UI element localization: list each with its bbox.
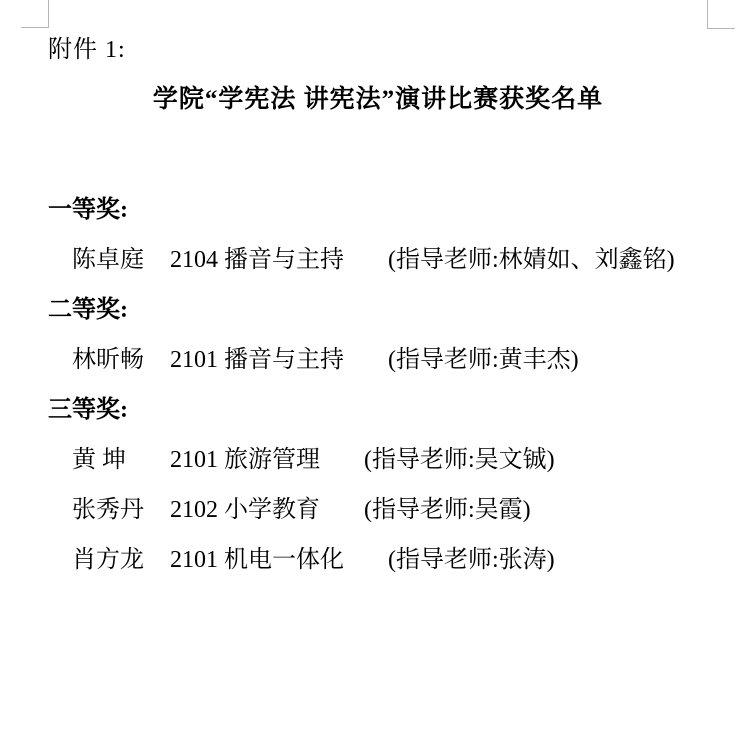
winner-program: 2101 播音与主持 [170, 347, 344, 373]
document-title: 学院“学宪法 讲宪法”演讲比赛获奖名单 [0, 86, 756, 113]
winner-advisor: (指导老师:吴霞) [364, 497, 531, 523]
winner-name: 肖方龙 [72, 547, 170, 573]
winner-name: 林昕畅 [72, 347, 170, 373]
winner-advisor: (指导老师:林婧如、刘鑫铭) [388, 247, 675, 273]
attachment-label: 附件 1: [48, 37, 756, 63]
text-boundary-mark-top-left-horizontal [21, 27, 49, 28]
winner-row: 肖方龙 2101 机电一体化 (指导老师:张涛) [72, 547, 756, 573]
winner-name: 陈卓庭 [72, 247, 170, 273]
prize-heading-third: 三等奖: [48, 397, 756, 423]
winner-advisor: (指导老师:张涛) [388, 547, 555, 573]
winner-row: 陈卓庭 2104 播音与主持 (指导老师:林婧如、刘鑫铭) [72, 247, 756, 273]
prize-section-third: 三等奖: 黄 坤 2101 旅游管理 (指导老师:吴文铖) 张秀丹 2102 小… [0, 397, 756, 573]
prize-section-second: 二等奖: 林昕畅 2101 播音与主持 (指导老师:黄丰杰) [0, 297, 756, 373]
prize-heading-second: 二等奖: [48, 297, 756, 323]
prize-heading-first: 一等奖: [48, 197, 756, 223]
winner-row: 黄 坤 2101 旅游管理 (指导老师:吴文铖) [72, 447, 756, 473]
text-boundary-mark-top-right-horizontal [707, 28, 735, 29]
winner-advisor: (指导老师:黄丰杰) [388, 347, 579, 373]
winner-program: 2102 小学教育 [170, 497, 320, 523]
text-boundary-mark-top-right-vertical [707, 0, 708, 28]
winner-name: 张秀丹 [72, 497, 170, 523]
winner-program: 2101 旅游管理 [170, 447, 320, 473]
winner-name: 黄 坤 [72, 447, 170, 473]
text-boundary-mark-top-left-vertical [48, 0, 49, 27]
winner-program: 2104 播音与主持 [170, 247, 344, 273]
winner-row: 张秀丹 2102 小学教育 (指导老师:吴霞) [72, 497, 756, 523]
winner-row: 林昕畅 2101 播音与主持 (指导老师:黄丰杰) [72, 347, 756, 373]
document-page: 附件 1: 学院“学宪法 讲宪法”演讲比赛获奖名单 一等奖: 陈卓庭 2104 … [0, 0, 756, 747]
winner-advisor: (指导老师:吴文铖) [364, 447, 555, 473]
prize-section-first: 一等奖: 陈卓庭 2104 播音与主持 (指导老师:林婧如、刘鑫铭) [0, 197, 756, 273]
winner-program: 2101 机电一体化 [170, 547, 344, 573]
